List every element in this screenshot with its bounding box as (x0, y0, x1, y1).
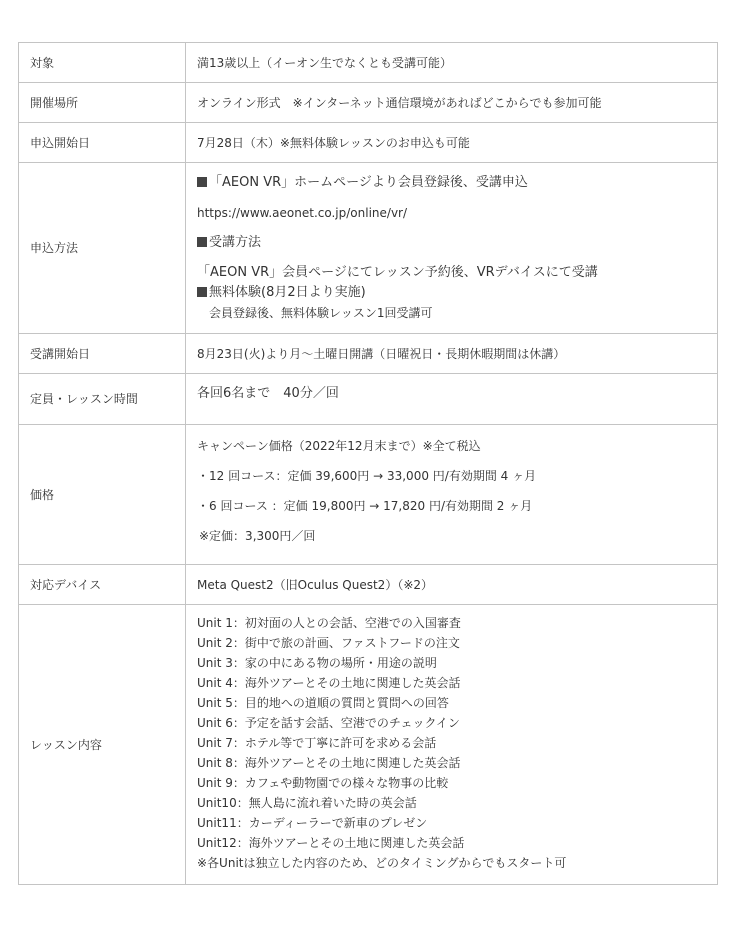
row-venue: 開催場所 オンライン形式 ※インターネット通信環境があればどこからでも参加可能 (19, 83, 718, 123)
value-lesson-content: Unit 1：初対面の人との会話、空港での入国審査 Unit 2：街中で旅の計画… (186, 605, 718, 885)
unit-item: Unit 5：目的地への道順の質問と質問への回答 (197, 693, 717, 713)
row-devices: 対応デバイス Meta Quest2（旧Oculus Quest2）（※2） (19, 565, 718, 605)
course-info-table: 対象 満13歳以上（イーオン生でなくとも受講可能） 開催場所 オンライン形式 ※… (18, 42, 718, 885)
unit-item: Unit10：無人島に流れ着いた時の英会話 (197, 793, 717, 813)
label-venue: 開催場所 (19, 83, 186, 123)
value-course-start: 8月23日(火)より月〜土曜日開講（日曜祝日・長期休暇期間は休講） (186, 334, 718, 374)
price-12-course: ・12 回コース：定価 39,600円 → 33,000 円/有効期間 4 ヶ月 (197, 466, 717, 486)
value-devices: Meta Quest2（旧Oculus Quest2）（※2） (186, 565, 718, 605)
row-capacity-duration: 定員・レッスン時間 各回6名まで 40分／回 (19, 374, 718, 425)
price-6-course: ・6 回コース ：定価 19,800円 → 17,820 円/有効期間 2 ヶ月 (197, 496, 717, 516)
label-capacity-duration: 定員・レッスン時間 (19, 374, 186, 425)
homepage-link[interactable]: https://www.aeonet.co.jp/online/vr/ (197, 203, 717, 223)
row-target: 対象 満13歳以上（イーオン生でなくとも受講可能） (19, 43, 718, 83)
label-application-method: 申込方法 (19, 163, 186, 334)
free-trial-heading: 無料体験(8月2日より実施) (197, 283, 717, 303)
square-bullet-icon (197, 237, 207, 247)
value-target: 満13歳以上（イーオン生でなくとも受講可能） (186, 43, 718, 83)
row-application-method: 申込方法 「AEON VR」ホームページより会員登録後、受講申込 https:/… (19, 163, 718, 334)
unit-item: Unit 9：カフェや動物園での様々な物事の比較 (197, 773, 717, 793)
method-text: 「AEON VR」会員ページにてレッスン予約後、VRデバイスにて受講 (197, 263, 717, 283)
unit-item: Unit11：カーディーラーで新車のプレゼン (197, 813, 717, 833)
unit-item: Unit 4：海外ツアーとその土地に関連した英会話 (197, 673, 717, 693)
value-price: キャンペーン価格（2022年12月末まで）※全て税込 ・12 回コース：定価 3… (186, 425, 718, 565)
unit-item: Unit 2：街中で旅の計画、ファストフードの注文 (197, 633, 717, 653)
registration-heading: 「AEON VR」ホームページより会員登録後、受講申込 (197, 173, 717, 193)
row-course-start: 受講開始日 8月23日(火)より月〜土曜日開講（日曜祝日・長期休暇期間は休講） (19, 334, 718, 374)
square-bullet-icon (197, 177, 207, 187)
value-application-start: 7月28日（木）※無料体験レッスンのお申込も可能 (186, 123, 718, 163)
unit-item: Unit 7：ホテル等で丁寧に許可を求める会話 (197, 733, 717, 753)
free-trial-text: 会員登録後、無料体験レッスン1回受講可 (197, 303, 717, 323)
label-devices: 対応デバイス (19, 565, 186, 605)
row-application-start: 申込開始日 7月28日（木）※無料体験レッスンのお申込も可能 (19, 123, 718, 163)
unit-item: Unit 3：家の中にある物の場所・用途の説明 (197, 653, 717, 673)
row-price: 価格 キャンペーン価格（2022年12月末まで）※全て税込 ・12 回コース：定… (19, 425, 718, 565)
row-lesson-content: レッスン内容 Unit 1：初対面の人との会話、空港での入国審査 Unit 2：… (19, 605, 718, 885)
unit-item: Unit 1：初対面の人との会話、空港での入国審査 (197, 613, 717, 633)
campaign-price-heading: キャンペーン価格（2022年12月末まで）※全て税込 (197, 436, 717, 456)
value-application-method: 「AEON VR」ホームページより会員登録後、受講申込 https://www.… (186, 163, 718, 334)
label-application-start: 申込開始日 (19, 123, 186, 163)
value-capacity-duration: 各回6名まで 40分／回 (186, 374, 718, 425)
label-lesson-content: レッスン内容 (19, 605, 186, 885)
unit-item: Unit 6：予定を話す会話、空港でのチェックイン (197, 713, 717, 733)
label-price: 価格 (19, 425, 186, 565)
unit-item: Unit 8：海外ツアーとその土地に関連した英会話 (197, 753, 717, 773)
value-venue: オンライン形式 ※インターネット通信環境があればどこからでも参加可能 (186, 83, 718, 123)
unit-note: ※各Unitは独立した内容のため、どのタイミングからでもスタート可 (197, 853, 717, 873)
method-heading: 受講方法 (197, 233, 717, 253)
label-target: 対象 (19, 43, 186, 83)
regular-price-note: ※定価：3,300円／回 (197, 526, 717, 546)
label-course-start: 受講開始日 (19, 334, 186, 374)
unit-item: Unit12：海外ツアーとその土地に関連した英会話 (197, 833, 717, 853)
square-bullet-icon (197, 287, 207, 297)
